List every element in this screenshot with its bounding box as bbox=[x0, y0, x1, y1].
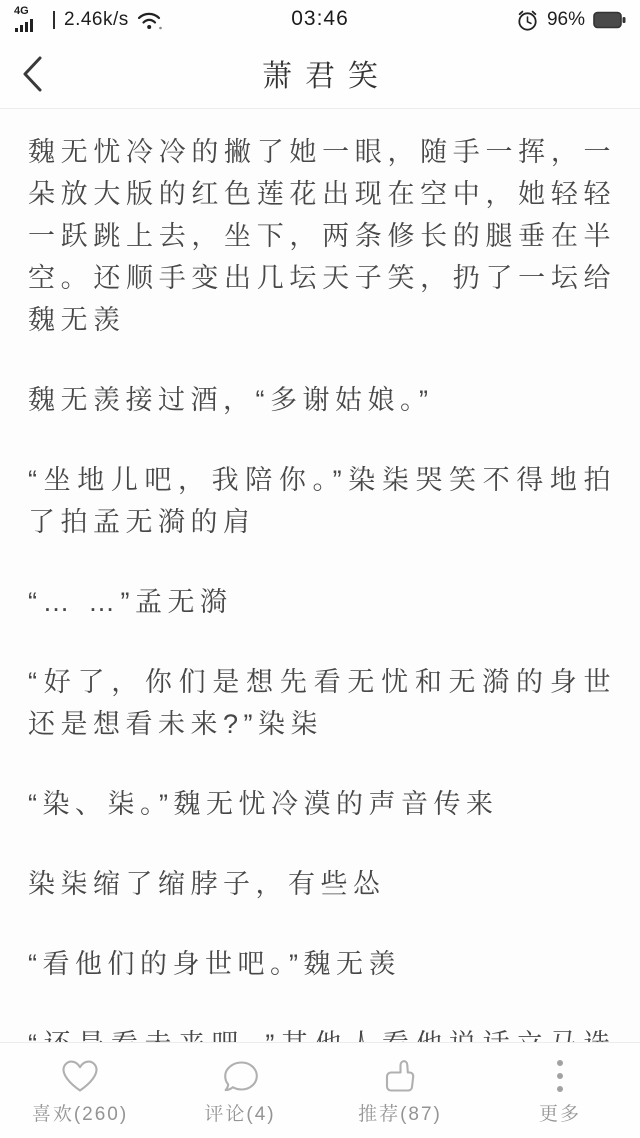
status-bar-left: 4G 2.46k/s bbox=[14, 5, 163, 35]
paragraph: “… …”孟无漪 bbox=[28, 581, 616, 623]
paragraph: “看他们的身世吧。”魏无羡 bbox=[28, 943, 616, 985]
paragraph: 魏无羡接过酒，“多谢姑娘。” bbox=[28, 379, 616, 421]
comment-bubble-icon bbox=[221, 1055, 260, 1097]
recommend-label: 推荐(87) bbox=[358, 1099, 442, 1126]
recommend-button[interactable]: 推荐(87) bbox=[320, 1043, 480, 1138]
paragraph: 魏无忧冷冷的撇了她一眼，随手一挥，一朵放大版的红色莲花出现在空中，她轻轻一跃跳上… bbox=[28, 131, 616, 341]
more-button[interactable]: 更多 bbox=[480, 1043, 640, 1138]
header: 萧君笑 bbox=[0, 38, 640, 108]
more-label: 更多 bbox=[539, 1099, 581, 1126]
thumbs-up-icon bbox=[380, 1055, 420, 1097]
network-speed: 2.46k/s bbox=[64, 9, 129, 31]
more-dots-icon bbox=[555, 1055, 565, 1097]
network-type-label: 4G bbox=[14, 5, 29, 17]
comment-button[interactable]: 评论(4) bbox=[160, 1043, 320, 1138]
status-bar-right: 96% bbox=[515, 8, 626, 33]
reader-screen: 4G 2.46k/s 03:46 bbox=[0, 0, 640, 1138]
battery-percent: 96% bbox=[547, 9, 585, 31]
cellular-signal-icon: 4G bbox=[14, 5, 48, 35]
chapter-content[interactable]: 魏无忧冷冷的撇了她一眼，随手一挥，一朵放大版的红色莲花出现在空中，她轻轻一跃跳上… bbox=[0, 109, 640, 1043]
status-divider bbox=[53, 11, 55, 29]
signal-bars-icon bbox=[15, 17, 37, 32]
alarm-clock-icon bbox=[515, 8, 540, 33]
heart-icon bbox=[60, 1055, 100, 1097]
like-label: 喜欢(260) bbox=[32, 1099, 128, 1126]
status-bar: 4G 2.46k/s 03:46 bbox=[0, 0, 640, 38]
paragraph: “还是看未来吧。”其他人看他说话立马选择了看未来 bbox=[28, 1023, 616, 1043]
paragraph: “染、柒。”魏无忧冷漠的声音传来 bbox=[28, 783, 616, 825]
comment-label: 评论(4) bbox=[204, 1099, 275, 1126]
paragraph: “好了，你们是想先看无忧和无漪的身世还是想看未来?”染柒 bbox=[28, 661, 616, 745]
battery-icon bbox=[593, 10, 626, 30]
like-button[interactable]: 喜欢(260) bbox=[0, 1043, 160, 1138]
bottom-bar: 喜欢(260) 评论(4) 推荐(87) bbox=[0, 1042, 640, 1138]
paragraph: “坐地儿吧，我陪你。”染柒哭笑不得地拍了拍孟无漪的肩 bbox=[28, 459, 616, 543]
paragraph: 染柒缩了缩脖子，有些怂 bbox=[28, 863, 616, 905]
wifi-icon bbox=[136, 8, 163, 32]
page-title: 萧君笑 bbox=[0, 38, 640, 108]
